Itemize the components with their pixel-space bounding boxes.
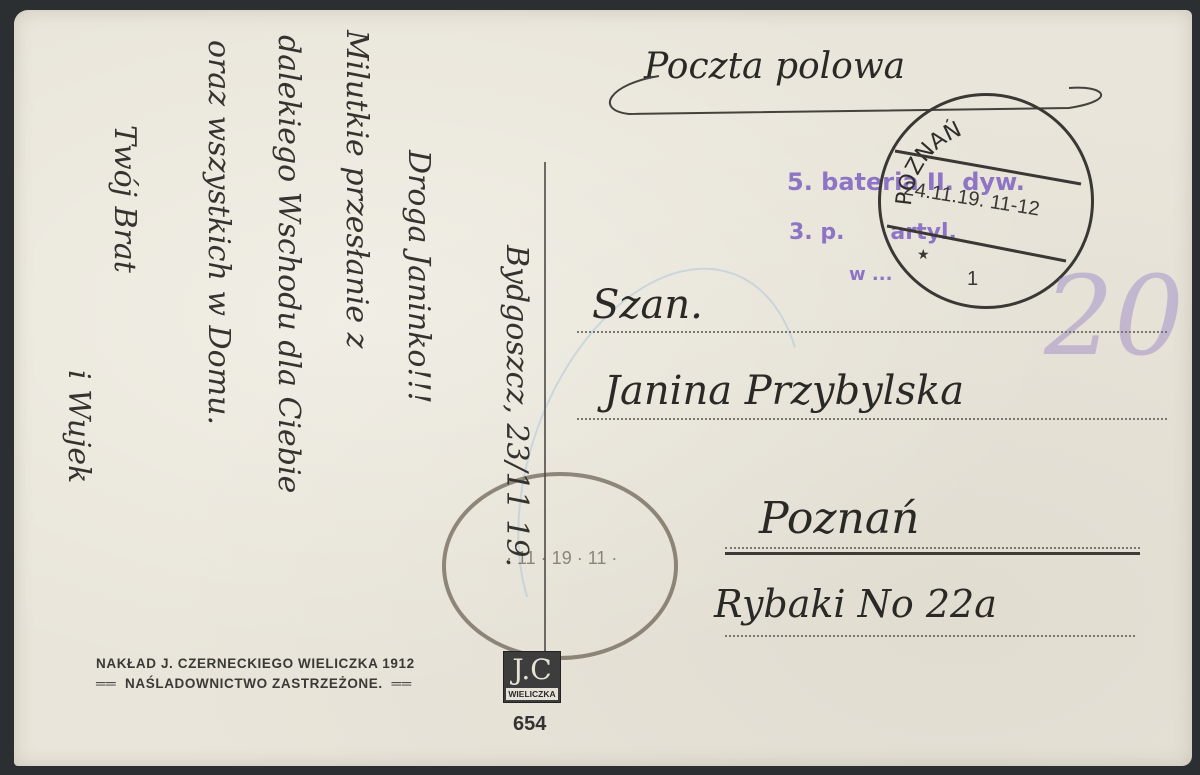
logo-caption: WIELICZKA — [506, 688, 558, 700]
message-line-5: oraz wszystkich w Domu. — [201, 40, 236, 425]
address-name: Janina Przybylska — [604, 368, 964, 414]
message-line-7: i Wujek — [61, 370, 96, 483]
address-salutation: Szan. — [592, 282, 703, 328]
card-number: 654 — [513, 713, 546, 736]
logo-letters: J.C — [504, 652, 560, 688]
postmark-star-icon: ★ — [917, 246, 930, 263]
address-street: Rybaki No 22a — [714, 582, 997, 626]
address-city: Poznań — [759, 493, 919, 544]
dash-left: ══ — [96, 676, 116, 691]
address-line-3-solid — [725, 552, 1140, 555]
postmark-office: 1 — [967, 268, 978, 291]
address-line-2 — [577, 418, 1167, 420]
publisher-text-1: NAKŁAD J. CZERNECKIEGO WIELICZKA 1912 — [96, 656, 415, 671]
message-line-6: Twój Brat — [107, 125, 142, 273]
dash-right: ══ — [391, 676, 411, 691]
publisher-line-2: ══ NAŚLADOWNICTWO ZASTRZEŻONE. ══ — [96, 676, 412, 691]
publisher-line-1: NAKŁAD J. CZERNECKIEGO WIELICZKA 1912 — [96, 656, 415, 671]
pencil-mark: 20 — [1044, 252, 1184, 380]
message-line-3: Milutkie przesłanie z — [339, 30, 374, 348]
postcard: Poczta polowa 5. bateria II. dyw. 3. p. … — [14, 10, 1192, 766]
message-line-1: Bydgoszcz, 23/11 19. — [499, 245, 534, 567]
publisher-text-2: NAŚLADOWNICTWO ZASTRZEŻONE. — [125, 676, 383, 691]
address-line-4 — [725, 635, 1135, 637]
postmark-second: · 11 · 19 · 11 · — [442, 472, 678, 660]
address-line-1 — [577, 331, 1167, 333]
address-line-3-dotted — [725, 547, 1140, 549]
publisher-logo: J.C WIELICZKA — [503, 651, 561, 703]
message-line-4: dalekiego Wschodu dla Ciebie — [271, 35, 306, 493]
message-line-2: Droga Janinko!!! — [401, 150, 436, 404]
